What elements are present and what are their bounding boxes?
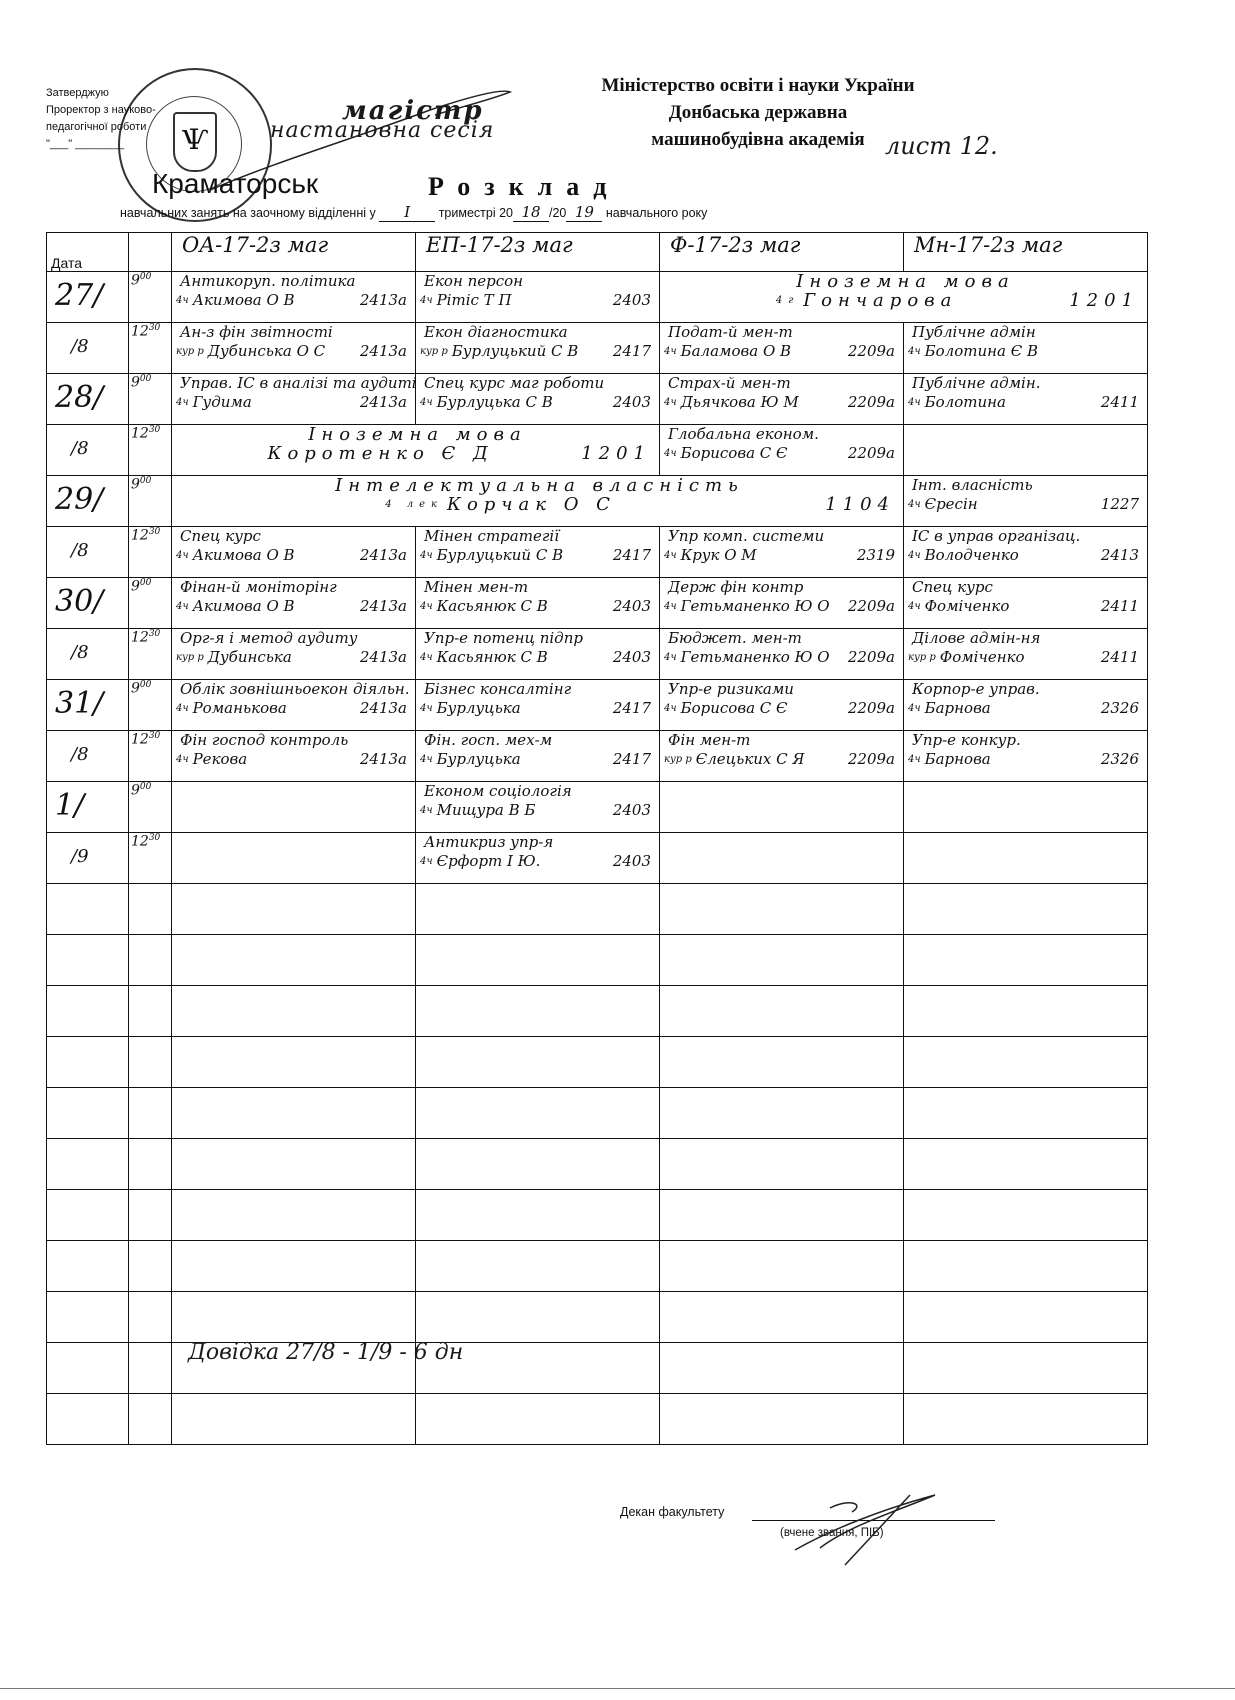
empty-table-row (47, 1088, 1148, 1139)
class-details: 4чБолотина Є В (908, 342, 1143, 361)
class-subject: Упр-е ризиками (664, 680, 899, 699)
class-details: 4чБурлуцька2417 (420, 699, 655, 718)
class-room: 2413а (360, 342, 407, 361)
class-teacher: Романькова (193, 699, 287, 717)
table-row: /91230Антикриз упр-я4чЄрфорт І Ю.2403 (47, 833, 1148, 884)
class-subject: Антикриз упр-я (420, 833, 655, 852)
trimester-field: I (379, 203, 435, 222)
class-subject: Ан-з фін звітності (176, 323, 411, 342)
empty-cell (660, 884, 904, 935)
class-kind: 4ч (664, 703, 677, 714)
class-details: 4чДьячкова Ю М2209а (664, 393, 899, 412)
class-subject: Упр-е конкур. (908, 731, 1143, 750)
class-details (908, 425, 1143, 444)
time-hour: 9 (131, 477, 140, 493)
class-details: 4чБорисова С Є2209а (664, 699, 899, 718)
table-row: /81230Фін господ контроль4чРекова2413аФі… (47, 731, 1148, 782)
subtitle-text-1: навчальних занять на заочному відділенні… (120, 206, 376, 220)
class-cell: Фін господ контроль4чРекова2413а (172, 731, 416, 782)
empty-cell (47, 935, 129, 986)
class-room: 2403 (613, 852, 651, 871)
class-room: 2417 (613, 750, 651, 769)
class-room: 2413а (360, 291, 407, 310)
class-cell: Упр комп. системи4чКрук О М2319 (660, 527, 904, 578)
class-details: кур рДубинська О С2413а (176, 342, 411, 361)
class-cell: Антикриз упр-я4чЄрфорт І Ю.2403 (416, 833, 660, 884)
date-month: /8 (47, 425, 129, 476)
empty-cell (416, 1037, 660, 1088)
class-cell: Корпор-е управ.4чБарнова2326 (904, 680, 1148, 731)
time-hour: 12 (131, 426, 149, 442)
time-cell: 1230 (129, 833, 172, 884)
time-hour: 9 (131, 681, 140, 697)
class-room: 2209а (848, 648, 895, 667)
time-hour: 9 (131, 273, 140, 289)
class-teacher: Рекова (193, 750, 248, 768)
class-room: 2413а (360, 699, 407, 718)
class-subject: Економ соціологія (420, 782, 655, 801)
class-room: 2209а (848, 699, 895, 718)
class-teacher: Акимова О В (193, 597, 295, 615)
class-subject: Фін. госп. мех-м (420, 731, 655, 750)
time-hour: 12 (131, 630, 149, 646)
empty-cell (904, 1190, 1148, 1241)
empty-cell (660, 1139, 904, 1190)
class-kind: кур р (664, 754, 692, 765)
empty-cell (47, 1190, 129, 1241)
empty-cell (416, 935, 660, 986)
class-kind: 4ч (176, 550, 189, 561)
class-room: 2413а (360, 393, 407, 412)
class-kind: 4ч (908, 550, 921, 561)
class-subject: Мінен стратегії (420, 527, 655, 546)
date-month: /9 (47, 833, 129, 884)
class-kind: 4ч (420, 397, 433, 408)
class-kind: 4ч (664, 550, 677, 561)
class-subject: Корпор-е управ. (908, 680, 1143, 699)
empty-cell (129, 1139, 172, 1190)
class-room: 2411 (1101, 393, 1139, 412)
date-day: 29/ (47, 476, 129, 527)
time-hour: 9 (131, 375, 140, 391)
table-row: 27/900Антикоруп. політика4чАкимова О В24… (47, 272, 1148, 323)
class-kind: 4 лек (385, 499, 443, 510)
schedule-table: Дата ОА-17-2з маг ЕП-17-2з маг Ф-17-2з м… (46, 232, 1148, 1445)
class-kind: 4ч (908, 346, 921, 357)
class-details: 4чФоміченко2411 (908, 597, 1143, 616)
class-subject: Орг-я і метод аудиту (176, 629, 411, 648)
empty-cell (172, 1139, 416, 1190)
empty-cell (129, 1037, 172, 1088)
academy-line-1: Донбаська державна (528, 99, 988, 126)
class-subject: Спец курс (908, 578, 1143, 597)
class-cell: Держ фін контр4чГетьманенко Ю О2209а (660, 578, 904, 629)
empty-cell (172, 1037, 416, 1088)
class-kind: 4ч (664, 652, 677, 663)
class-details: 4чКрук О М2319 (664, 546, 899, 565)
time-cell: 1230 (129, 527, 172, 578)
empty-cell (660, 1241, 904, 1292)
approval-block: Затверджую Проректор з науково- педагогі… (46, 85, 156, 153)
year-to-field: 19 (566, 203, 602, 222)
class-details: кур рФоміченко2411 (908, 648, 1143, 667)
empty-table-row (47, 1190, 1148, 1241)
class-teacher: Борисова С Є (681, 444, 788, 462)
dean-label: Декан факультету (620, 1505, 724, 1519)
empty-table-row (47, 935, 1148, 986)
time-minutes: 00 (140, 476, 151, 486)
class-subject: Спец курс (176, 527, 411, 546)
class-subject: Фін господ контроль (176, 731, 411, 750)
class-room: 2413 (1101, 546, 1139, 565)
empty-cell (416, 986, 660, 1037)
class-room: 2326 (1101, 699, 1139, 718)
empty-cell (129, 1292, 172, 1343)
class-room: 1104 (825, 495, 895, 514)
class-room: 2403 (613, 291, 651, 310)
approval-line-3: педагогічної роботи (46, 119, 156, 136)
empty-cell (172, 935, 416, 986)
empty-cell (416, 1241, 660, 1292)
empty-cell (904, 1088, 1148, 1139)
class-teacher: Баламова О В (681, 342, 791, 360)
class-teacher: Борисова С Є (681, 699, 788, 717)
class-subject: Глобальна економ. (664, 425, 899, 444)
approval-date: "___" ________ (46, 136, 156, 153)
class-room: 2413а (360, 648, 407, 667)
empty-cell (660, 986, 904, 1037)
table-row: /81230Орг-я і метод аудитукур рДубинська… (47, 629, 1148, 680)
empty-cell (904, 1139, 1148, 1190)
column-header-time (129, 233, 172, 272)
column-header-group: ЕП-17-2з маг (416, 233, 660, 272)
class-cell (660, 782, 904, 833)
handwritten-session: настановна сесія (270, 118, 494, 143)
class-teacher: Болотина Є В (925, 342, 1038, 360)
class-subject: Страх-й мен-т (664, 374, 899, 393)
empty-table-row (47, 1241, 1148, 1292)
class-room: 2209а (848, 342, 895, 361)
class-teacher: Єресін (925, 495, 978, 513)
empty-cell (416, 1139, 660, 1190)
date-month: /8 (47, 527, 129, 578)
empty-cell (129, 1241, 172, 1292)
empty-cell (129, 1343, 172, 1394)
empty-cell (172, 1292, 416, 1343)
class-teacher: Касьянюк С В (437, 648, 548, 666)
time-cell: 900 (129, 374, 172, 425)
class-cell: Фінан-й моніторінг4чАкимова О В2413а (172, 578, 416, 629)
empty-cell (904, 1037, 1148, 1088)
class-teacher: Фоміченко (925, 597, 1010, 615)
class-cell (904, 425, 1148, 476)
city-label: Краматорськ (152, 168, 318, 200)
class-teacher: Акимова О В (193, 546, 295, 564)
time-cell: 900 (129, 272, 172, 323)
time-cell: 1230 (129, 323, 172, 374)
class-details (176, 833, 411, 852)
empty-cell (416, 1190, 660, 1241)
class-teacher: Барнова (925, 699, 991, 717)
class-details (664, 833, 899, 852)
table-row: /81230Ан-з фін звітностікур рДубинська О… (47, 323, 1148, 374)
empty-cell (172, 1394, 416, 1445)
empty-cell (660, 1037, 904, 1088)
document-subtitle: навчальних занять на заочному відділенні… (120, 203, 707, 222)
class-cell: Спец курс4чФоміченко2411 (904, 578, 1148, 629)
class-details: 4чЄресін1227 (908, 495, 1143, 514)
class-kind: 4ч (176, 703, 189, 714)
class-details: 4чМищура В Б2403 (420, 801, 655, 820)
empty-cell (904, 1241, 1148, 1292)
empty-cell (129, 884, 172, 935)
class-kind: 4ч (176, 754, 189, 765)
class-cell: Фін мен-ткур рЄлецьких С Я2209а (660, 731, 904, 782)
column-header-group: ОА-17-2з маг (172, 233, 416, 272)
table-row: 31/900Облік зовнішньоекон діяльн.4чРоман… (47, 680, 1148, 731)
time-minutes: 00 (140, 272, 151, 282)
class-details: 4чАкимова О В2413а (176, 597, 411, 616)
class-details: 4чАкимова О В2413а (176, 546, 411, 565)
empty-cell (660, 1088, 904, 1139)
class-teacher: Мищура В Б (437, 801, 536, 819)
date-day: 31/ (47, 680, 129, 731)
class-cell: Глобальна економ.4чБорисова С Є2209а (660, 425, 904, 476)
class-room: 2417 (613, 342, 651, 361)
class-cell: Публічне адмін.4чБолотина2411 (904, 374, 1148, 425)
empty-cell (904, 1343, 1148, 1394)
class-teacher: Гетьманенко Ю О (681, 648, 830, 666)
approval-line-1: Затверджую (46, 85, 156, 102)
empty-cell (904, 986, 1148, 1037)
empty-cell (660, 1292, 904, 1343)
class-kind: кур р (908, 652, 936, 663)
class-kind: 4ч (420, 550, 433, 561)
class-kind: 4ч (420, 805, 433, 816)
time-minutes: 30 (149, 527, 160, 537)
class-room: 2417 (613, 546, 651, 565)
time-cell: 900 (129, 476, 172, 527)
class-cell (172, 833, 416, 884)
class-subject: Держ фін контр (664, 578, 899, 597)
approval-line-2: Проректор з науково- (46, 102, 156, 119)
class-kind: 4ч (420, 856, 433, 867)
class-subject: Фін мен-т (664, 731, 899, 750)
class-cell: Екон персон4чРітіс Т П2403 (416, 272, 660, 323)
date-day: 1/ (47, 782, 129, 833)
empty-cell (129, 986, 172, 1037)
class-subject: Спец курс маг роботи (420, 374, 655, 393)
time-hour: 12 (131, 324, 149, 340)
class-subject: Облік зовнішньоекон діяльн. (176, 680, 411, 699)
class-details: 4чРекова2413а (176, 750, 411, 769)
class-subject: Публічне адмін (908, 323, 1143, 342)
time-hour: 12 (131, 834, 149, 850)
class-details: 4чРоманькова2413а (176, 699, 411, 718)
class-teacher: Гончарова (803, 290, 957, 311)
time-minutes: 30 (149, 323, 160, 333)
class-room: 2209а (848, 393, 895, 412)
class-details: 4чКасьянюк С В2403 (420, 648, 655, 667)
class-cell: Подат-й мен-т4чБаламова О В2209а (660, 323, 904, 374)
class-cell: Бюджет. мен-т4чГетьманенко Ю О2209а (660, 629, 904, 680)
class-teacher: Єрфорт І Ю. (437, 852, 541, 870)
class-kind: кур р (176, 346, 204, 357)
class-room: 2417 (613, 699, 651, 718)
empty-cell (172, 986, 416, 1037)
time-minutes: 00 (140, 680, 151, 690)
class-details: 4чБаламова О В2209а (664, 342, 899, 361)
time-minutes: 30 (149, 731, 160, 741)
class-details: 4чБолотина2411 (908, 393, 1143, 412)
empty-cell (47, 1139, 129, 1190)
class-teacher: Бурлуцький С В (437, 546, 564, 564)
class-teacher: Володченко (925, 546, 1019, 564)
class-subject: Іноземна мова (664, 272, 1143, 291)
empty-cell (416, 884, 660, 935)
class-teacher: Гудима (193, 393, 252, 411)
class-details: 4чГудима2413а (176, 393, 411, 412)
class-kind: 4ч (664, 601, 677, 612)
empty-table-row (47, 1292, 1148, 1343)
class-details: 4чБорисова С Є2209а (664, 444, 899, 463)
class-details: кур рЄлецьких С Я2209а (664, 750, 899, 769)
empty-cell (660, 1190, 904, 1241)
class-cell: Орг-я і метод аудитукур рДубинська2413а (172, 629, 416, 680)
class-teacher: Єлецьких С Я (696, 750, 805, 768)
class-teacher: Бурлуцька (437, 750, 521, 768)
handwritten-note: Довідка 27/8 - 1/9 - 6 дн (188, 1340, 463, 1365)
class-cell: Управ. ІС в аналізі та аудиті4чГудима241… (172, 374, 416, 425)
class-cell: ІС в управ організац.4чВолодченко2413 (904, 527, 1148, 578)
class-subject: Інт. власність (908, 476, 1143, 495)
class-details: кур рДубинська2413а (176, 648, 411, 667)
class-cell (660, 833, 904, 884)
class-cell: Облік зовнішньоекон діяльн.4чРоманькова2… (172, 680, 416, 731)
time-hour: 9 (131, 783, 140, 799)
empty-table-row (47, 1394, 1148, 1445)
class-cell: Упр-е потенц підпр4чКасьянюк С В2403 (416, 629, 660, 680)
class-details (176, 782, 411, 801)
class-cell: Антикоруп. політика4чАкимова О В2413а (172, 272, 416, 323)
class-room: 1227 (1101, 495, 1139, 514)
class-subject: Бюджет. мен-т (664, 629, 899, 648)
class-kind: 4ч (908, 397, 921, 408)
class-subject: Екон діагностика (420, 323, 655, 342)
class-kind: 4г (776, 295, 799, 306)
handwritten-sheet-number: лист 12. (885, 132, 998, 160)
empty-cell (172, 1088, 416, 1139)
empty-cell (904, 935, 1148, 986)
empty-cell (47, 1037, 129, 1088)
class-room: 2413а (360, 597, 407, 616)
class-kind: 4ч (664, 346, 677, 357)
class-details: 4чГетьманенко Ю О2209а (664, 648, 899, 667)
time-cell: 1230 (129, 731, 172, 782)
class-subject: Іноземна мова (176, 425, 655, 444)
class-room: 2411 (1101, 597, 1139, 616)
date-day: 28/ (47, 374, 129, 425)
class-cell: Спец курс4чАкимова О В2413а (172, 527, 416, 578)
class-teacher: Дьячкова Ю М (681, 393, 799, 411)
class-subject: Публічне адмін. (908, 374, 1143, 393)
time-cell: 900 (129, 680, 172, 731)
class-room: 2413а (360, 750, 407, 769)
class-details: кур рБурлуцький С В2417 (420, 342, 655, 361)
subtitle-text-3: /20 (549, 206, 566, 220)
empty-table-row (47, 884, 1148, 935)
class-cell: Публічне адмін4чБолотина Є В (904, 323, 1148, 374)
class-room: 1201 (581, 444, 651, 463)
time-minutes: 30 (149, 833, 160, 843)
class-room: 1201 (1069, 291, 1139, 310)
class-details: 4чБарнова2326 (908, 699, 1143, 718)
class-cell: Інт. власність4чЄресін1227 (904, 476, 1148, 527)
class-subject: Ділове адмін-ня (908, 629, 1143, 648)
class-subject: Фінан-й моніторінг (176, 578, 411, 597)
empty-cell (47, 1088, 129, 1139)
class-details: 4чРітіс Т П2403 (420, 291, 655, 310)
class-kind: кур р (176, 652, 204, 663)
empty-cell (660, 1394, 904, 1445)
date-day: 27/ (47, 272, 129, 323)
class-room: 2326 (1101, 750, 1139, 769)
class-details: 4чЄрфорт І Ю.2403 (420, 852, 655, 871)
class-kind: 4ч (664, 397, 677, 408)
empty-cell (129, 935, 172, 986)
class-kind: 4ч (420, 601, 433, 612)
empty-cell (172, 1241, 416, 1292)
class-subject: Упр-е потенц підпр (420, 629, 655, 648)
dean-signature (790, 1490, 940, 1570)
class-details (908, 782, 1143, 801)
time-hour: 12 (131, 528, 149, 544)
empty-cell (47, 986, 129, 1037)
year-from-field: 18 (513, 203, 549, 222)
document-title: Розклад (428, 172, 620, 202)
class-cell (172, 782, 416, 833)
class-cell: Мінен мен-т4чКасьянюк С В2403 (416, 578, 660, 629)
class-teacher: Фоміченко (940, 648, 1025, 666)
class-room: 2319 (857, 546, 895, 565)
class-details (664, 782, 899, 801)
empty-cell (129, 1088, 172, 1139)
class-details: 4 лекКорчак О С1104 (176, 495, 899, 514)
time-hour: 12 (131, 732, 149, 748)
class-cell: Екон діагностикакур рБурлуцький С В2417 (416, 323, 660, 374)
class-cell: Іноземна мова4гГончарова1201 (660, 272, 1148, 323)
table-row: /81230Спец курс4чАкимова О В2413аМінен с… (47, 527, 1148, 578)
empty-cell (47, 884, 129, 935)
class-cell: Ділове адмін-някур рФоміченко2411 (904, 629, 1148, 680)
time-minutes: 00 (140, 782, 151, 792)
table-row: 30/900Фінан-й моніторінг4чАкимова О В241… (47, 578, 1148, 629)
class-subject: Управ. ІС в аналізі та аудиті (176, 374, 411, 393)
class-cell: Страх-й мен-т4чДьячкова Ю М2209а (660, 374, 904, 425)
class-details: 4гГончарова1201 (664, 291, 1143, 310)
class-cell: Інтелектуальна власність4 лекКорчак О С1… (172, 476, 904, 527)
class-subject: Подат-й мен-т (664, 323, 899, 342)
class-teacher: Гетьманенко Ю О (681, 597, 830, 615)
schedule-body: 27/900Антикоруп. політика4чАкимова О В24… (47, 272, 1148, 1445)
table-row: /81230Іноземна моваКоротенко Є Д1201Глоб… (47, 425, 1148, 476)
class-teacher: Бурлуцький С В (452, 342, 579, 360)
empty-cell (47, 1292, 129, 1343)
column-header-group: Мн-17-2з маг (904, 233, 1148, 272)
empty-cell (904, 1394, 1148, 1445)
date-month: /8 (47, 629, 129, 680)
class-room: 2403 (613, 597, 651, 616)
